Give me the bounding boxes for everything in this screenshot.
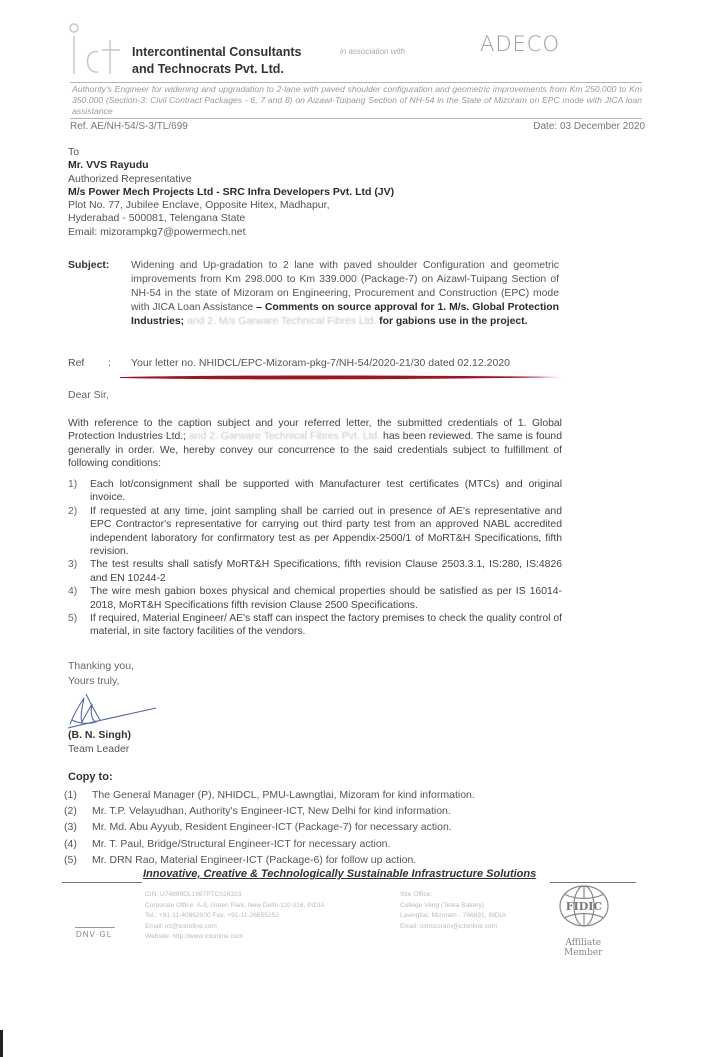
body-paragraph: With reference to the caption subject an… [68, 417, 562, 471]
corporate-office-info: CIN: U74899DL1987PTC026323 Corporate Off… [145, 890, 325, 943]
copy-to-item: (2)Mr. T.P. Velayudhan, Authority's Engi… [64, 803, 475, 819]
site-address-1: College Veng (Tetea Bakery) [400, 901, 506, 912]
condition-number: 2) [68, 505, 90, 559]
condition-number: 3) [68, 558, 90, 585]
cc-number: (4) [64, 836, 92, 852]
red-pen-underline [118, 374, 563, 380]
fidic-caption-1: Affiliate [564, 938, 602, 948]
closing-block: Thanking you, Yours truly, [68, 659, 134, 689]
cc-text: The General Manager (P), NHIDCL, PMU-Law… [92, 787, 475, 803]
dnv-gl-logo: DNV·GL [76, 930, 112, 939]
corporate-phone: Tel.: +91-11-40862000 Fax: +91-11-268552… [145, 911, 325, 922]
footer-divider [62, 882, 142, 883]
cc-text: Mr. T.P. Velayudhan, Authority's Enginee… [92, 803, 451, 819]
condition-number: 5) [68, 612, 90, 639]
condition-text: The wire mesh gabion boxes physical and … [90, 585, 562, 612]
closing-yours: Yours truly, [68, 674, 134, 689]
addressee-email: Email: mizorampkg7@powermech.net [68, 226, 394, 239]
condition-item: 3)The test results shall satisfy MoRT&H … [68, 558, 562, 585]
condition-number: 1) [68, 478, 90, 505]
divider [70, 82, 642, 83]
addressee-block: To Mr. VVS Rayudu Authorized Representat… [68, 146, 394, 239]
cc-text: Mr. Md. Abu Ayyub, Resident Engineer-ICT… [92, 819, 452, 835]
cc-number: (5) [64, 852, 92, 868]
ict-logo-icon [62, 14, 124, 76]
footer-motto: Innovative, Creative & Technologically S… [143, 868, 536, 880]
condition-text: The test results shall satisfy MoRT&H Sp… [90, 558, 562, 585]
condition-item: 2)If requested at any time, joint sampli… [68, 505, 562, 559]
adeco-logo: ADECO [480, 32, 560, 56]
site-office-label: Site Office: [400, 890, 506, 901]
company-name-line1: Intercontinental Consultants [132, 44, 301, 61]
condition-text: If required, Material Engineer/ AE's sta… [90, 612, 562, 639]
copy-to-item: (3)Mr. Md. Abu Ayyub, Resident Engineer-… [64, 819, 475, 835]
copy-to-list: (1)The General Manager (P), NHIDCL, PMU-… [64, 787, 475, 868]
corporate-website: Website: http://www.ictonline.com [145, 932, 325, 943]
dnv-divider [75, 927, 115, 928]
addressee-name: Mr. VVS Rayudu [68, 159, 394, 172]
corporate-address: Corporate Office: A-8, Green Park, New D… [145, 901, 325, 912]
association-text: in association with [340, 47, 405, 56]
signature-icon [60, 690, 160, 730]
cc-number: (3) [64, 819, 92, 835]
svg-text:FIDIC: FIDIC [566, 900, 603, 913]
condition-item: 4)The wire mesh gabion boxes physical an… [68, 585, 562, 612]
site-email: Email: ictmizoram@ictonline.com [400, 922, 506, 933]
cc-text: Mr. DRN Rao, Material Engineer-ICT (Pack… [92, 852, 416, 868]
condition-number: 4) [68, 585, 90, 612]
cc-text: Mr. T. Paul, Bridge/Structural Engineer-… [92, 836, 390, 852]
subject-redacted: and 2. M/s Garware Technical Fibres Ltd. [187, 316, 376, 327]
reference-date-line: Ref. AE/NH-54/S-3/TL/699 Date: 03 Decemb… [70, 121, 645, 132]
subject-text: Widening and Up-gradation to 2 lane with… [131, 259, 559, 329]
subject-label: Subject: [68, 259, 109, 271]
scan-edge [0, 1030, 3, 1057]
conditions-list: 1)Each lot/consignment shall be supporte… [68, 478, 562, 639]
fidic-globe-icon: FIDIC [556, 884, 612, 928]
ref-text: Your letter no. NHIDCL/EPC-Mizoram-pkg-7… [131, 357, 510, 369]
addressee-company: M/s Power Mech Projects Ltd - SRC Infra … [68, 186, 394, 199]
signatory-name: (B. N. Singh) [68, 728, 131, 743]
subject-bold-2: for gabions use in the project. [376, 316, 527, 327]
copy-to-item: (5)Mr. DRN Rao, Material Engineer-ICT (P… [64, 852, 475, 868]
fidic-caption: Affiliate Member [564, 938, 602, 958]
address-line-1: Plot No. 77, Jubilee Enclave, Opposite H… [68, 199, 394, 212]
site-address-2: Lawngtlai, Mizoram - 796891, INDIA [400, 911, 506, 922]
company-name: Intercontinental Consultants and Technoc… [132, 44, 301, 78]
corporate-email: Email: ict@ictonline.com [145, 922, 325, 933]
condition-item: 5)If required, Material Engineer/ AE's s… [68, 612, 562, 639]
cin: CIN: U74899DL1987PTC026323 [145, 890, 325, 901]
divider [70, 118, 642, 119]
company-name-line2: and Technocrats Pvt. Ltd. [132, 61, 301, 78]
cc-number: (1) [64, 787, 92, 803]
signatory-designation: Team Leader [68, 743, 129, 755]
letterhead-tagline: Authority's Engineer for widening and up… [72, 84, 642, 117]
para-redacted: and 2. Garware Technical Fibres Pvt. Ltd… [189, 431, 380, 442]
footer-divider [550, 882, 636, 883]
ref-label: Ref [68, 357, 84, 369]
salutation: Dear Sir, [68, 389, 109, 401]
copy-to-item: (4)Mr. T. Paul, Bridge/Structural Engine… [64, 836, 475, 852]
cc-number: (2) [64, 803, 92, 819]
addressee-designation: Authorized Representative [68, 173, 394, 186]
copy-to-item: (1)The General Manager (P), NHIDCL, PMU-… [64, 787, 475, 803]
condition-text: If requested at any time, joint sampling… [90, 505, 562, 559]
address-line-2: Hyderabad - 500081, Telengana State [68, 212, 394, 225]
closing-thanks: Thanking you, [68, 659, 134, 674]
condition-item: 1)Each lot/consignment shall be supporte… [68, 478, 562, 505]
copy-to-label: Copy to: [68, 771, 113, 783]
fidic-caption-2: Member [564, 948, 602, 958]
letter-date: Date: 03 December 2020 [533, 121, 645, 132]
condition-text: Each lot/consignment shall be supported … [90, 478, 562, 505]
reference-number: Ref. AE/NH-54/S-3/TL/699 [70, 121, 188, 132]
to-label: To [68, 146, 394, 159]
ref-colon: : [108, 357, 111, 369]
site-office-info: Site Office: College Veng (Tetea Bakery)… [400, 890, 506, 932]
